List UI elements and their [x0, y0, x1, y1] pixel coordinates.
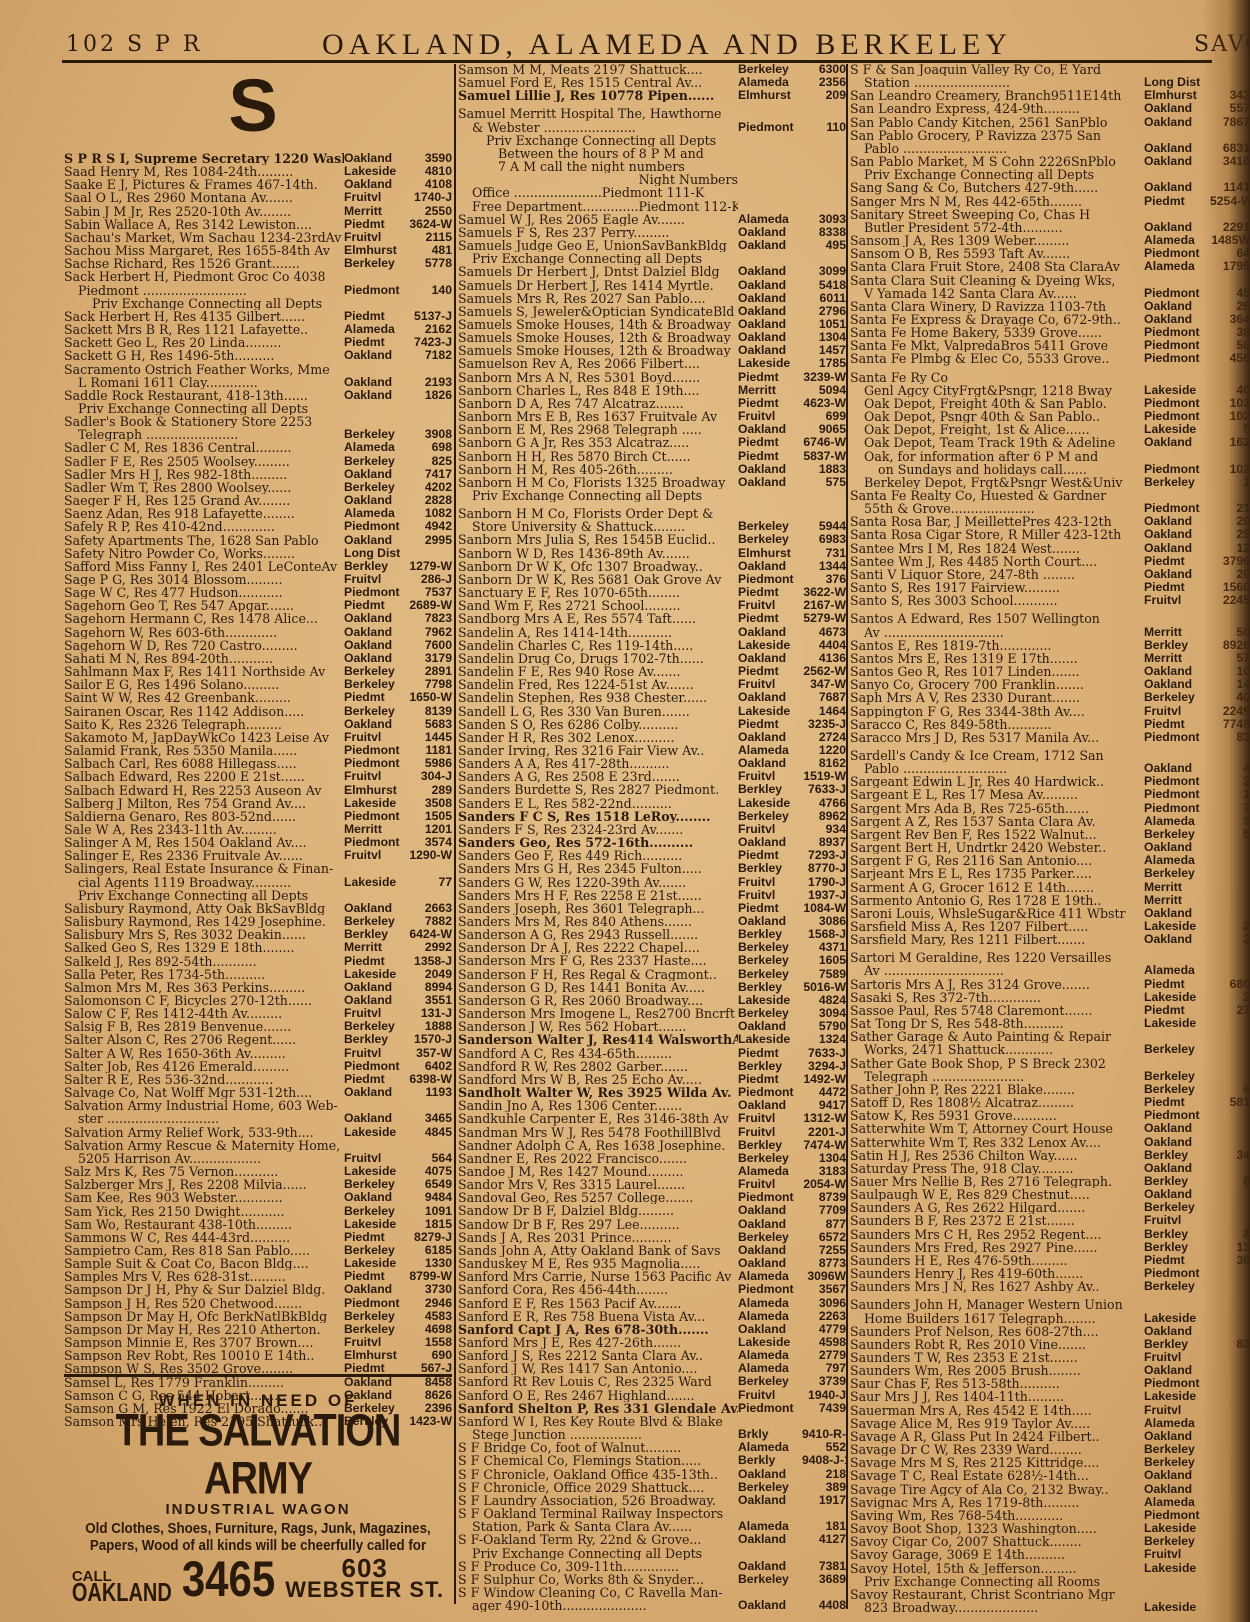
- listing-name: 7 A M call the night numbers: [458, 160, 738, 173]
- listing-row: Sadler Mrs H J, Res 982-18th.........Oak…: [64, 468, 452, 481]
- listing-row: Sarmento Antonio G, Res 1728 E 19th..Mer…: [850, 894, 1250, 907]
- listing-name: Salvation Army Industrial Home, 603 Web-: [64, 1099, 344, 1112]
- listing-phone-number: 1937-J: [802, 889, 846, 902]
- listing-row: Oak, for information after 6 P M and: [850, 450, 1250, 463]
- listing-row: Salsig F B, Res 2819 Benvenue.......Berk…: [64, 1020, 452, 1033]
- listing-phone-number: [408, 415, 452, 428]
- listing-name: Savage Tire Agcy of Ala Co, 2132 Bway..: [850, 1483, 1144, 1496]
- listing-name: Saint W W, Res 42 Greenbank.........: [64, 691, 344, 704]
- listing-exchange: Berkly: [738, 1454, 802, 1467]
- listing-name: Sather Garage & Auto Painting & Repair: [850, 1030, 1144, 1043]
- listing-row: S F Chronicle, Oakland Office 435-13th..…: [458, 1468, 846, 1481]
- listing-name: Saunders Mrs J N, Res 1627 Ashby Av..: [850, 1280, 1144, 1293]
- listing-name: Sather John P, Res 2221 Blake........: [850, 1083, 1144, 1096]
- listing-name: Samuels Judge Geo E, UnionSavBankBldg: [458, 239, 738, 252]
- listing-name: Sandner E, Res 2022 Francisco.......: [458, 1152, 738, 1165]
- listing-exchange: Berkeley: [1144, 1070, 1210, 1083]
- listing-phone-number: 4598: [802, 1336, 846, 1349]
- listing-phone-number: 8162: [802, 757, 846, 770]
- listing-name: Sanford Cora, Res 456-44th........: [458, 1283, 738, 1296]
- listing-row: Sandford A C, Res 434-65th.........Piedm…: [458, 1047, 846, 1060]
- listing-exchange: Piedmont: [1144, 352, 1210, 365]
- listing-exchange: Oakland: [344, 1112, 408, 1125]
- listing-exchange: Oakland: [1144, 665, 1210, 678]
- listing-exchange: Oakland: [344, 612, 408, 625]
- listing-phone-number: 4942: [408, 520, 452, 533]
- listing-exchange: Oakland: [738, 463, 802, 476]
- listing-name: Santo S, Res 1917 Fairview.........: [850, 581, 1144, 594]
- listing-exchange: Oakland: [344, 389, 408, 402]
- listing-row: Free Department..............Piedmont 11…: [458, 200, 846, 213]
- listing-exchange: [738, 107, 802, 120]
- listing-row: Sabin Wallace A, Res 3142 Lewiston....Pi…: [64, 218, 452, 231]
- listing-name: Savignac Mrs A, Res 1719-8th.........: [850, 1496, 1144, 1509]
- listing-exchange: Oakland: [1144, 1430, 1210, 1443]
- listing-name: Sauer Mrs Nellie B, Res 2716 Telegraph.: [850, 1175, 1144, 1188]
- listing-exchange: Oakland: [738, 560, 802, 573]
- listing-name: Sanborn H M Co, Florists Order Dept &: [458, 507, 738, 520]
- listing-name: Salvage Co, Nat Wolff Mgr 531-12th....: [64, 1086, 344, 1099]
- listing-row: Sammons W C, Res 444-43rd..........Piedm…: [64, 1231, 452, 1244]
- listing-exchange: Elmhurst: [344, 784, 408, 797]
- listing-exchange: Oakland: [738, 1257, 802, 1270]
- listing-phone-number: 5418: [802, 279, 846, 292]
- listing-name: Saunders John H, Manager Western Union: [850, 1298, 1144, 1311]
- listing-name: Satow K, Res 5931 Grove...........: [850, 1109, 1144, 1122]
- listing-exchange: Berkeley: [344, 1310, 408, 1323]
- listing-name: Store University & Shattuck........: [458, 520, 738, 533]
- listing-exchange: Berkeley: [738, 941, 802, 954]
- listing-exchange: Oakland: [738, 915, 802, 928]
- listing-row: Sanitary Street Sweeping Co, Chas H: [850, 208, 1250, 221]
- listing-row: Sandelin F E, Res 940 Rose Av.......Pied…: [458, 665, 846, 678]
- listing-exchange: Alameda: [344, 323, 408, 336]
- listing-row: Sargent F G, Res 2116 San Antonio....Ala…: [850, 854, 1250, 867]
- listing-row: Sam Yick, Res 2150 Dwight...........Berk…: [64, 1205, 452, 1218]
- listing-row: Station, Park & Santa Clara Av......Alam…: [458, 1520, 846, 1533]
- listing-row: Salter A W, Res 1650-36th Av.........Fru…: [64, 1047, 452, 1060]
- listing-name: Saur Mrs J J, Res 1404-11th.........: [850, 1390, 1144, 1403]
- listing-name: San Leandro Express, 424-9th.........: [850, 102, 1144, 115]
- listing-phone-number: 2724: [802, 731, 846, 744]
- listing-row: Saunders Mrs J N, Res 1627 Ashby Av..Ber…: [850, 1280, 1250, 1293]
- listing-row: Sather John P, Res 2221 Blake........Ber…: [850, 1083, 1250, 1096]
- listing-row: Santi V Liquor Store, 247-8th ........Oa…: [850, 568, 1250, 581]
- listing-phone-number: 289: [408, 784, 452, 797]
- column-divider: [454, 64, 456, 1604]
- listing-exchange: [738, 173, 802, 186]
- listing-name: Saldierna Genaro, Res 803-52nd......: [64, 810, 344, 823]
- listing-name: San Pablo Market, M S Cohn 2226SnPblo: [850, 155, 1144, 168]
- listing-row: Works, 2471 Shattuck............Berkeley: [850, 1043, 1250, 1056]
- listing-phone-number: 3590: [408, 152, 452, 165]
- listing-row: Sanders Mrs G H, Res 2345 Fulton.....Ber…: [458, 862, 846, 875]
- listing-name: Sansom O B, Res 5593 Taft Av.......: [850, 247, 1144, 260]
- listing-row: Samuel Merritt Hospital The, Hawthorne: [458, 107, 846, 120]
- listing-phone-number: 4408: [802, 1599, 846, 1612]
- listing-exchange: [738, 147, 802, 160]
- listing-name: Satterwhite Wm T, Attorney Court House: [850, 1122, 1144, 1135]
- listing-row: S F Laundry Association, 526 Broadway.Oa…: [458, 1494, 846, 1507]
- listing-row: Pablo ..........................Oakland4: [850, 762, 1250, 775]
- listing-row: Sanders A G, Res 2508 E 23rd.......Fruit…: [458, 770, 846, 783]
- listing-row: Sack Herbert H, Res 4135 Gilbert......Pi…: [64, 310, 452, 323]
- listing-exchange: Oakland: [344, 1191, 408, 1204]
- listing-phone-number: 4583: [408, 1310, 452, 1323]
- listing-row: Sanders Joseph, Res 3601 Telegraph...Pie…: [458, 902, 846, 915]
- listing-phone-number: 1358-J: [408, 955, 452, 968]
- listing-name: Sandford Mrs W B, Res 25 Echo Av.....: [458, 1073, 738, 1086]
- listing-name: Sanderson Mrs Imogene L, Res2700 Bncrft: [458, 1007, 738, 1020]
- listing-exchange: Oakland: [738, 226, 802, 239]
- listing-name: Sandelin Stephen, Res 938 Chester......: [458, 691, 738, 704]
- listing-phone-number: [802, 252, 846, 265]
- listing-name: Sather Gate Book Shop, P S Breck 2302: [850, 1057, 1144, 1070]
- listing-exchange: Piedmont: [344, 586, 408, 599]
- listing-row: Priv Exchange Connecting all Depts: [64, 889, 452, 902]
- listing-exchange: Berkley: [1144, 1338, 1210, 1351]
- listing-exchange: Oakland: [1144, 1136, 1210, 1149]
- listing-exchange: Oakland: [1144, 221, 1210, 234]
- listing-exchange: [738, 1547, 802, 1560]
- listing-exchange: [738, 1507, 802, 1520]
- listing-name: Sadler F E, Res 2505 Woolsey.........: [64, 455, 344, 468]
- listing-name: S F Laundry Association, 526 Broadway.: [458, 1494, 738, 1507]
- listing-phone-number: 8770-J: [802, 862, 846, 875]
- listing-phone-number: 2779: [802, 1349, 846, 1362]
- listing-exchange: [1144, 274, 1210, 287]
- listing-name: Saake E J, Pictures & Frames 467-14th.: [64, 178, 344, 191]
- listing-phone-number: 1445: [408, 731, 452, 744]
- listing-exchange: Alameda: [1144, 1496, 1210, 1509]
- listing-name: Saunders B F, Res 2372 E 21st.......: [850, 1214, 1144, 1227]
- listing-phone-number: 286-J: [408, 573, 452, 586]
- listing-phone-number: 1181: [408, 744, 452, 757]
- listing-exchange: Berkley: [738, 928, 802, 941]
- listing-exchange: Piedmont: [344, 810, 408, 823]
- listing-phone-number: 7381: [802, 1560, 846, 1573]
- listing-row: Salbach Carl, Res 6088 Hillegass.....Pie…: [64, 757, 452, 770]
- listing-phone-number: [408, 547, 452, 560]
- listing-row: Salberg J Milton, Res 754 Grand Av....La…: [64, 797, 452, 810]
- listing-row: Salter Job, Res 4126 Emerald.........Pie…: [64, 1060, 452, 1073]
- listing-name: Sanborn Dr W K, Res 5681 Oak Grove Av: [458, 573, 738, 586]
- listing-exchange: Fruitvl: [738, 678, 802, 691]
- listing-row: Sandin Jno A, Res 1306 Center.......Oakl…: [458, 1099, 846, 1112]
- listing-name: Sachse Richard, Res 1526 Grant.......: [64, 257, 344, 270]
- listing-exchange: Lakeside: [344, 165, 408, 178]
- listing-exchange: Berkley: [1144, 1175, 1210, 1188]
- listing-name: Samuels S, Jeweler&Optician SyndicateBld: [458, 305, 738, 318]
- listing-exchange: Berkeley: [344, 455, 408, 468]
- listing-row: Sargeant Edwin L Jr, Res 40 Hardwick..Pi…: [850, 775, 1250, 788]
- listing-phone-number: [408, 402, 452, 415]
- listing-exchange: Berkeley: [1144, 1456, 1210, 1469]
- listing-name: S F & San Joaquin Valley Ry Co, E Yard: [850, 63, 1144, 76]
- listing-name: Sandner Adolph C A, Res 1638 Josephine.: [458, 1139, 738, 1152]
- listing-row: Sargent Rev Ben F, Res 1522 Walnut...Ber…: [850, 828, 1250, 841]
- listing-name: Office ......................Piedmont 11…: [458, 186, 738, 199]
- listing-exchange: Berkeley: [738, 1231, 802, 1244]
- listing-exchange: Lakeside: [1144, 423, 1210, 436]
- listing-name: Saroni Louis, WhsleSugar&Rice 411 Wbstr: [850, 907, 1144, 920]
- listing-phone-number: 4766: [802, 797, 846, 810]
- listing-exchange: Berkley: [1144, 1149, 1210, 1162]
- listing-name: Saunders H E, Res 476-59th.........: [850, 1254, 1144, 1267]
- listing-row: Savoy Garage, 3069 E 14th..........Fruit…: [850, 1548, 1250, 1561]
- listing-exchange: Merritt: [1144, 652, 1210, 665]
- listing-phone-number: 2796: [802, 305, 846, 318]
- listing-row: Sanctuary E F, Res 1070-65th........Pied…: [458, 586, 846, 599]
- listing-exchange: Piedmt: [738, 902, 802, 915]
- listing-phone-number: 1330: [408, 1257, 452, 1270]
- listing-exchange: Fruitvl: [738, 599, 802, 612]
- listing-name: Sarmento Antonio G, Res 1728 E 19th..: [850, 894, 1144, 907]
- listing-exchange: Oakland: [1144, 678, 1210, 691]
- listing-row: Safety Nitro Powder Co, Works........Lon…: [64, 547, 452, 560]
- listing-name: S F Sulphur Co, Works 8th & Snyder...: [458, 1573, 738, 1586]
- listing-name: Savoy Restaurant, Christ Scontriano Mgr: [850, 1588, 1144, 1601]
- listing-exchange: Piedmt: [738, 1047, 802, 1060]
- listing-row: ager 490-10th.....................Oaklan…: [458, 1599, 846, 1612]
- listing-row: Night Numbers: [458, 173, 846, 186]
- listing-row: S F & San Joaquin Valley Ry Co, E Yard: [850, 63, 1250, 76]
- listing-exchange: Berkeley: [738, 1573, 802, 1586]
- listing-exchange: Fruitvl: [1144, 705, 1210, 718]
- listing-phone-number: 3508: [408, 797, 452, 810]
- listing-exchange: Oakland: [1144, 116, 1210, 129]
- listing-exchange: Oakland: [738, 1244, 802, 1257]
- listing-phone-number: 209: [802, 89, 846, 102]
- listing-phone-number: 7709: [802, 1204, 846, 1217]
- listing-phone-number: 2263: [802, 1310, 846, 1323]
- listing-row: Sanders Geo, Res 572-16th..........Oakla…: [458, 836, 846, 849]
- listing-row: Sartori M Geraldine, Res 1220 Versailles: [850, 951, 1250, 964]
- listing-name: Piedmont ..........................: [64, 284, 344, 297]
- listing-phone-number: 7687: [802, 691, 846, 704]
- listing-row: Oak Depot, Psngr 40th & San Pablo..Piedm…: [850, 410, 1250, 423]
- listing-name: Sanborn D A, Res 747 Alcatraz.......: [458, 397, 738, 410]
- listing-phone-number: 6185: [408, 1244, 452, 1257]
- listing-exchange: Berkeley: [344, 665, 408, 678]
- listing-row: Santo S, Res 3003 School...........Fruit…: [850, 594, 1250, 607]
- listing-name: Salberg J Milton, Res 754 Grand Av....: [64, 797, 344, 810]
- listing-row: Butler President 572-4th..........Oaklan…: [850, 221, 1250, 234]
- listing-name: Saunders Mrs C H, Res 2952 Regent....: [850, 1228, 1144, 1241]
- listing-exchange: Piedmt: [738, 849, 802, 862]
- listing-name: Sanderson Walter J, Res414 WalsworthAv: [458, 1033, 738, 1046]
- listing-exchange: Lakeside: [1144, 384, 1210, 397]
- listing-name: Salked Geo S, Res 1329 E 18th........: [64, 941, 344, 954]
- listing-exchange: Piedmt: [344, 218, 408, 231]
- listing-name: L Romani 1611 Clay.............: [64, 376, 344, 389]
- listing-row: Sabin J M Jr, Res 2520-10th Av........Me…: [64, 205, 452, 218]
- listing-column-3: S F & San Joaquin Valley Ry Co, E YardSt…: [850, 63, 1250, 1614]
- listing-name: Santa Fe Home Bakery, 5339 Grove......: [850, 326, 1144, 339]
- listing-phone-number: 7439: [802, 1402, 846, 1415]
- listing-row: 823 Broadway.....................Lakesid…: [850, 1601, 1250, 1614]
- listing-row: Safety Apartments The, 1628 San PabloOak…: [64, 534, 452, 547]
- listing-phone-number: 1785: [802, 357, 846, 370]
- listing-exchange: Berkeley: [1144, 1043, 1210, 1056]
- listing-phone-number: 3096: [802, 1297, 846, 1310]
- listing-exchange: Piedmont: [738, 1402, 802, 1415]
- listing-exchange: Alameda: [344, 441, 408, 454]
- listing-row: Sarsfield Miss A, Res 1207 Filbert.....L…: [850, 920, 1250, 933]
- listing-exchange: Lakeside: [344, 1126, 408, 1139]
- listing-row: Sanford Cora, Res 456-44th........Piedmo…: [458, 1283, 846, 1296]
- listing-name: Sammons W C, Res 444-43rd..........: [64, 1231, 344, 1244]
- listing-row: Salow C F, Res 1412-44th Av.........Frui…: [64, 1007, 452, 1020]
- listing-phone-number: 1082: [408, 507, 452, 520]
- listing-exchange: Oakland: [738, 239, 802, 252]
- listing-exchange: Fruitvl: [1144, 1404, 1210, 1417]
- listing-phone-number: 7798: [408, 678, 452, 691]
- listing-exchange: Oakland: [1144, 528, 1210, 541]
- listing-phone-number: 3093: [802, 213, 846, 226]
- listing-exchange: Lakeside: [1144, 1017, 1210, 1030]
- listing-row: Santos Mrs E, Res 1319 E 17th.......Merr…: [850, 652, 1250, 665]
- listing-phone-number: 4673: [802, 626, 846, 639]
- listing-row: Sampson Dr May H, Ofc BerkNatlBkBldgBerk…: [64, 1310, 452, 1323]
- listing-phone-number: 5944: [802, 520, 846, 533]
- listing-name: Oak Depot, Psngr 40th & San Pablo..: [850, 410, 1144, 423]
- listing-phone-number: [802, 107, 846, 120]
- listing-exchange: Lakeside: [344, 797, 408, 810]
- listing-exchange: Merritt: [344, 205, 408, 218]
- listing-exchange: Piedmont: [344, 284, 408, 297]
- listing-name: Sanderson A G, Res 2943 Russell.......: [458, 928, 738, 941]
- listing-exchange: Piedmt: [738, 612, 802, 625]
- listing-name: Sanford Mrs Carrie, Nurse 1563 Pacific A…: [458, 1270, 738, 1283]
- listing-exchange: [1144, 168, 1210, 181]
- listing-exchange: Piedmont: [738, 1191, 802, 1204]
- listing-row: Sampson J H, Res 520 Chetwood.......Pied…: [64, 1297, 452, 1310]
- listing-phone-number: 2550: [408, 205, 452, 218]
- listing-row: Sanders A A, Res 417-28th..........Oakla…: [458, 757, 846, 770]
- listing-name: Saracco Mrs J D, Res 5317 Manila Av...: [850, 731, 1144, 744]
- listing-row: Priv Exchange Connecting all Depts: [64, 297, 452, 310]
- listing-row: Office ......................Piedmont 11…: [458, 186, 846, 199]
- listing-exchange: Piedmt: [738, 718, 802, 731]
- listing-row: Saunders Mrs Fred, Res 2927 Pine......Be…: [850, 1241, 1250, 1254]
- listing-exchange: Piedmt: [738, 436, 802, 449]
- listing-exchange: Oakland: [1144, 515, 1210, 528]
- listing-name: Sale W A, Res 2343-11th Av.........: [64, 823, 344, 836]
- listing-phone-number: 3551: [408, 994, 452, 1007]
- listing-name: Sackett Geo L, Res 20 Linda.........: [64, 336, 344, 349]
- listing-exchange: Berkeley: [1144, 476, 1210, 489]
- listing-exchange: Piedmont: [1144, 1509, 1210, 1522]
- listing-name: Saturday Press The, 918 Clay.........: [850, 1162, 1144, 1175]
- listing-row: Salter Alson C, Res 2706 Regent......Ber…: [64, 1033, 452, 1046]
- listing-exchange: [344, 297, 408, 310]
- listing-row: Savoy Restaurant, Christ Scontriano Mgr: [850, 1588, 1250, 1601]
- listing-name: Sanborn H M Co, Florists 1325 Broadway: [458, 476, 738, 489]
- listing-phone-number: [408, 862, 452, 875]
- listing-phone-number: 7293-J: [802, 849, 846, 862]
- listing-phone-number: 1605: [802, 954, 846, 967]
- listing-exchange: Fruitvl: [344, 231, 408, 244]
- listing-phone-number: 5778: [408, 257, 452, 270]
- listing-name: Sandow Dr B F, Res 297 Lee..........: [458, 1218, 738, 1231]
- listing-name: Priv Exchange Connecting all Depts: [458, 489, 738, 502]
- listing-exchange: Fruitvl: [344, 849, 408, 862]
- listing-name: Sandholt Walter W, Res 3925 Wilda Av.: [458, 1086, 738, 1099]
- listing-name: Savage Alice M, Res 919 Taylor Av.....: [850, 1417, 1144, 1430]
- listing-exchange: [1144, 63, 1210, 76]
- listing-name: Savage T C, Real Estate 628½-14th...: [850, 1469, 1144, 1482]
- listing-row: Sartoris Mrs A J, Res 3124 Grove.......P…: [850, 978, 1250, 991]
- column-divider: [846, 64, 848, 1609]
- listing-row: Sanford E R, Res 758 Buena Vista Av...Al…: [458, 1310, 846, 1323]
- listing-row: Sarment A G, Grocer 1612 E 14th.......Me…: [850, 881, 1250, 894]
- listing-phone-number: 4824: [802, 994, 846, 1007]
- listing-name: Salzberger Mrs J, Res 2208 Milvia......: [64, 1178, 344, 1191]
- listing-exchange: Fruitvl: [738, 876, 802, 889]
- listing-row: Sandelin Drug Co, Drugs 1702-7th......Oa…: [458, 652, 846, 665]
- listing-phone-number: 1464: [802, 705, 846, 718]
- listing-name: Santee Mrs I M, Res 1824 West.......: [850, 542, 1144, 555]
- listing-name: ager 490-10th.....................: [458, 1599, 738, 1612]
- listing-name: Safford Miss Fanny I, Res 2401 LeConteAv: [64, 560, 344, 573]
- listing-phone-number: 2193: [408, 376, 452, 389]
- listing-exchange: Berkeley: [738, 1375, 802, 1388]
- listing-phone-number: 2049: [408, 968, 452, 981]
- listing-exchange: Piedmt: [1144, 555, 1210, 568]
- listing-exchange: Oakland: [1144, 1188, 1210, 1201]
- listing-name: Sargeant Edwin L Jr, Res 40 Hardwick..: [850, 775, 1144, 788]
- listing-phone-number: 6011: [802, 292, 846, 305]
- listing-name: Priv Exchange Connecting all Rooms: [850, 1575, 1144, 1588]
- listing-row: Oak Depot, Freight 40th & San Pablo.Pied…: [850, 397, 1250, 410]
- listing-exchange: Elmhurst: [738, 547, 802, 560]
- listing-exchange: Alameda: [1144, 854, 1210, 867]
- listing-phone-number: 347-W: [802, 678, 846, 691]
- listing-exchange: Berkeley: [738, 1152, 802, 1165]
- listing-row: Sanborn D A, Res 747 Alcatraz.......Pied…: [458, 397, 846, 410]
- listing-exchange: Berkeley: [738, 810, 802, 823]
- listing-row: Sargeant E L, Res 17 Mesa Av.........Pie…: [850, 788, 1250, 801]
- listing-name: Salbach Carl, Res 6088 Hillegass.....: [64, 757, 344, 770]
- listing-phone-number: [802, 134, 846, 147]
- listing-row: Sands J A, Res 2031 Prince..........Berk…: [458, 1231, 846, 1244]
- listing-phone-number: 8739: [802, 1191, 846, 1204]
- listing-row: V Yamada 142 Santa Clara Av......Piedmon…: [850, 287, 1250, 300]
- listing-row: Sage W C, Res 477 Hudson...........Piedm…: [64, 586, 452, 599]
- listing-phone-number: 3689: [802, 1573, 846, 1586]
- listing-name: 55th & Grove.....................: [850, 502, 1144, 515]
- listing-exchange: Oakland: [344, 639, 408, 652]
- listing-row: Piedmont ..........................Piedm…: [64, 284, 452, 297]
- listing-phone-number: [802, 200, 846, 213]
- listing-phone-number: 389: [802, 1481, 846, 1494]
- listing-row: Sanders G W, Res 1220-39th Av.......Frui…: [458, 876, 846, 889]
- listing-name: Saunders T W, Res 2353 E 21st.......: [850, 1351, 1144, 1364]
- listing-phone-number: 6572: [802, 1231, 846, 1244]
- listing-phone-number: 8994: [408, 981, 452, 994]
- listing-name: Sanderson Mrs F G, Res 2337 Haste....: [458, 954, 738, 967]
- listing-exchange: Elmhurst: [344, 1349, 408, 1362]
- listing-phone-number: 3179: [408, 652, 452, 665]
- listing-row: Sanderson Walter J, Res414 WalsworthAvLa…: [458, 1033, 846, 1046]
- listing-name: Sagehorn W D, Res 720 Castro.........: [64, 639, 344, 652]
- listing-exchange: Lakeside: [1144, 1522, 1210, 1535]
- listing-exchange: Oakland: [1144, 1325, 1210, 1338]
- listing-phone-number: [802, 147, 846, 160]
- listing-exchange: [1144, 612, 1210, 625]
- listing-name: Savage Dr C W, Res 2339 Ward........: [850, 1443, 1144, 1456]
